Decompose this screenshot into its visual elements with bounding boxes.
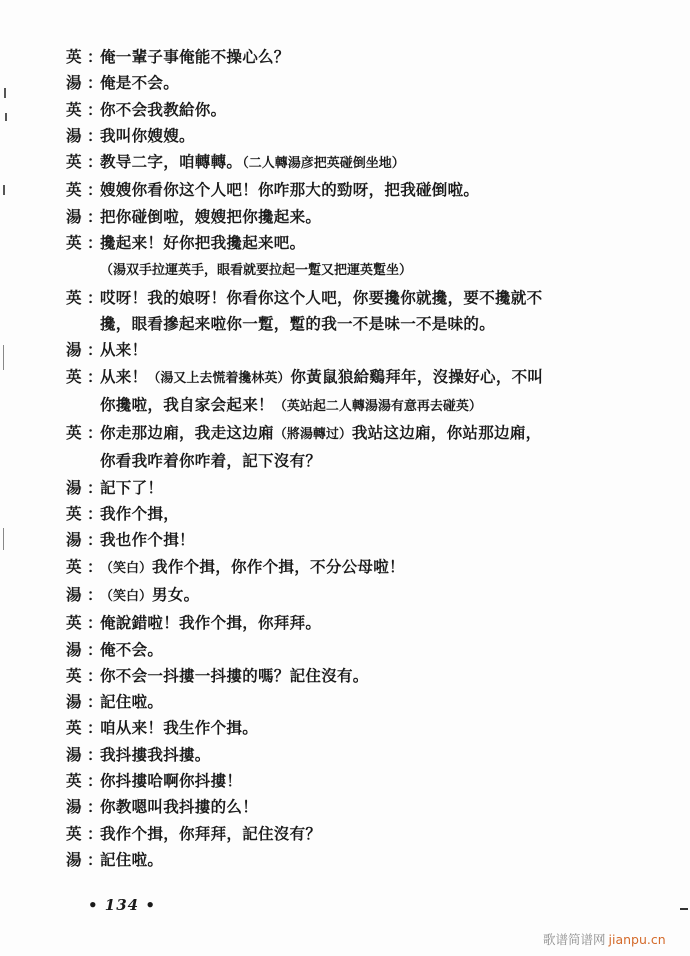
stage-direction: （湯又上去慌着攙林英） <box>147 371 290 386</box>
speaker-colon: ： <box>87 70 100 96</box>
speaker-name: 英 <box>66 364 87 390</box>
speaker-name: 英 <box>66 230 87 256</box>
speaker-name: 英 <box>66 554 87 580</box>
dialogue-line: 英：（笑白）我作个揖，你作个揖，不分公母啦！ <box>66 554 656 582</box>
speaker-colon: ： <box>87 847 100 873</box>
speaker-name: 英 <box>66 285 87 311</box>
edge-mark <box>680 908 688 910</box>
spoken-text: 你不会一抖摟一抖摟的嗎？記住沒有。 <box>100 666 369 685</box>
speaker-name: 英 <box>66 97 87 123</box>
scanned-page: 英：俺一輩子事俺能不操心么？湯：俺是不会。英：你不会我教給你。湯：我叫你嫂嫂。英… <box>0 0 690 956</box>
speaker-name: 英 <box>66 663 87 689</box>
dialogue-text: 俺是不会。 <box>100 70 656 96</box>
dialogue-text: （湯双手拉運英手，眼看就要拉起一蹔又把運英蹔坐） <box>100 256 656 284</box>
speaker-colon: ： <box>87 364 100 390</box>
dialogue-line: 湯：（笑白）男女。 <box>66 582 656 610</box>
dialogue-line: 湯：俺不会。 <box>66 637 656 663</box>
speaker-colon: ： <box>87 794 100 820</box>
speaker-colon: ： <box>87 527 100 553</box>
dialogue-line: 英：你走那边廂，我走这边廂（將湯轉过）我站这边廂，你站那边廂， <box>66 420 656 448</box>
dialogue-continuation: （湯双手拉運英手，眼看就要拉起一蹔又把運英蹔坐） <box>66 256 656 284</box>
watermark: 歌谱简谱网jianpu.cn <box>543 930 666 948</box>
dialogue-text: 哎呀！我的娘呀！你看你这个人吧，你要攙你就攙，要不攙就不 <box>100 285 656 311</box>
dialogue-text: 我抖摟我抖摟。 <box>100 742 656 768</box>
dialogue-continuation: 你攙啦，我自家会起来！（英站起二人轉湯湯有意再去碰英） <box>66 392 656 420</box>
speaker-name: 英 <box>66 768 87 794</box>
speaker-name: 湯 <box>66 337 87 363</box>
spoken-text: 咱从来！我生作个揖。 <box>100 718 258 737</box>
dialogue-text: 咱从来！我生作个揖。 <box>100 715 656 741</box>
spoken-text: 教导二字，咱轉轉。 <box>100 152 242 171</box>
watermark-url: jianpu.cn <box>609 932 666 947</box>
speaker-colon: ： <box>87 337 100 363</box>
dialogue-continuation: 攙，眼看摻起来啦你一蹔，蹔的我一不是味一不是味的。 <box>66 311 656 337</box>
speaker-name: 湯 <box>66 742 87 768</box>
speaker-colon: ： <box>87 582 100 608</box>
speaker-name: 湯 <box>66 689 87 715</box>
spoken-text: 俺一輩子事俺能不操心么？ <box>100 47 290 66</box>
spoken-text: 俺是不会。 <box>100 73 179 92</box>
dialogue-line: 湯：記住啦。 <box>66 689 656 715</box>
watermark-site-name: 歌谱简谱网 <box>543 932 606 947</box>
speaker-colon: ： <box>87 44 100 70</box>
dialogue-text: 你不会我教給你。 <box>100 97 656 123</box>
dialogue-text: 攙，眼看摻起来啦你一蹔，蹔的我一不是味一不是味的。 <box>100 311 656 337</box>
dialogue-text: 攙起来！好你把我攙起来吧。 <box>100 230 656 256</box>
spoken-text: 你教嗯叫我抖摟的么！ <box>100 797 258 816</box>
dialogue-line: 英：咱从来！我生作个揖。 <box>66 715 656 741</box>
speaker-colon: ： <box>87 123 100 149</box>
spoken-text: 你不会我教給你。 <box>100 100 226 119</box>
dialogue-text: 从来！（湯又上去慌着攙林英）你黃鼠狼給鷄拜年，沒操好心，不叫 <box>100 364 656 392</box>
spoken-text: 記住啦。 <box>100 850 163 869</box>
speaker-name: 湯 <box>66 475 87 501</box>
speaker-colon: ： <box>87 689 100 715</box>
speaker-colon: ： <box>87 230 100 256</box>
spoken-text: 我也作个揖！ <box>100 530 195 549</box>
dialogue-text: 你教嗯叫我抖摟的么！ <box>100 794 656 820</box>
spoken-text: 男女。 <box>152 585 199 604</box>
spoken-text: 我作个揖，你作个揖，不分公母啦！ <box>152 557 405 576</box>
spoken-text: 从来！ <box>100 340 147 359</box>
spoken-text: 攙起来！好你把我攙起来吧。 <box>100 233 305 252</box>
speaker-name: 英 <box>66 821 87 847</box>
dialogue-text: 記住啦。 <box>100 847 656 873</box>
spoken-text: 我抖摟我抖摟。 <box>100 745 211 764</box>
speaker-name: 湯 <box>66 794 87 820</box>
script-dialogue: 英：俺一輩子事俺能不操心么？湯：俺是不会。英：你不会我教給你。湯：我叫你嫂嫂。英… <box>66 44 656 873</box>
dialogue-text: 俺一輩子事俺能不操心么？ <box>100 44 656 70</box>
dialogue-text: 把你碰倒啦，嫂嫂把你攙起来。 <box>100 204 656 230</box>
spoken-text: 你看我咋着你咋着，記下沒有？ <box>100 451 321 470</box>
spoken-text: 攙，眼看摻起来啦你一蹔，蹔的我一不是味一不是味的。 <box>100 314 495 333</box>
speaker-colon: ： <box>87 149 100 175</box>
spoken-text: 我作个揖， <box>100 504 179 523</box>
spoken-text: 我站这边廂，你站那边廂， <box>352 423 542 442</box>
dialogue-text: 記住啦。 <box>100 689 656 715</box>
spoken-text: 嫂嫂你看你这个人吧！你咋那大的勁呀，把我碰倒啦。 <box>100 180 479 199</box>
dialogue-line: 英：攙起来！好你把我攙起来吧。 <box>66 230 656 256</box>
dialogue-line: 湯：我也作个揖！ <box>66 527 656 553</box>
dialogue-text: 我作个揖，你拜拜，記住沒有？ <box>100 821 656 847</box>
dialogue-text: 你走那边廂，我走这边廂（將湯轉过）我站这边廂，你站那边廂， <box>100 420 656 448</box>
spoken-text: 記住啦。 <box>100 692 163 711</box>
dialogue-text: 我叫你嫂嫂。 <box>100 123 656 149</box>
dialogue-text: （笑白）我作个揖，你作个揖，不分公母啦！ <box>100 554 656 582</box>
speaker-name: 湯 <box>66 204 87 230</box>
stage-direction: （將湯轉过） <box>274 427 352 442</box>
spoken-text: 我作个揖，你拜拜，記住沒有？ <box>100 824 321 843</box>
margin-mark <box>4 88 6 98</box>
spoken-text: 把你碰倒啦，嫂嫂把你攙起来。 <box>100 207 321 226</box>
page-number: • 134 • <box>88 896 156 914</box>
dialogue-line: 湯：俺是不会。 <box>66 70 656 96</box>
speaker-name: 湯 <box>66 637 87 663</box>
speaker-colon: ： <box>87 97 100 123</box>
stage-direction: （二人轉湯彦把英碰倒坐地） <box>242 156 405 171</box>
dialogue-text: 俺說錯啦！我作个揖，你拜拜。 <box>100 610 656 636</box>
speaker-colon: ： <box>87 475 100 501</box>
speaker-colon: ： <box>87 554 100 580</box>
spoken-text: 从来！ <box>100 367 147 386</box>
dialogue-line: 英：我作个揖， <box>66 501 656 527</box>
dialogue-text: 我也作个揖！ <box>100 527 656 553</box>
dialogue-line: 英：我作个揖，你拜拜，記住沒有？ <box>66 821 656 847</box>
speaker-colon: ： <box>87 663 100 689</box>
speaker-name: 英 <box>66 715 87 741</box>
speaker-name: 英 <box>66 149 87 175</box>
dialogue-line: 英：哎呀！我的娘呀！你看你这个人吧，你要攙你就攙，要不攙就不 <box>66 285 656 311</box>
dialogue-line: 湯：你教嗯叫我抖摟的么！ <box>66 794 656 820</box>
margin-mark <box>3 528 4 550</box>
speaker-name: 湯 <box>66 582 87 608</box>
speaker-colon: ： <box>87 501 100 527</box>
spoken-text: 記下了！ <box>100 478 163 497</box>
speaker-colon: ： <box>87 637 100 663</box>
dialogue-text: 記下了！ <box>100 475 656 501</box>
speaker-name: 英 <box>66 610 87 636</box>
stage-direction: （英站起二人轉湯湯有意再去碰英） <box>274 399 482 414</box>
dialogue-text: 你不会一抖摟一抖摟的嗎？記住沒有。 <box>100 663 656 689</box>
dialogue-line: 英：俺說錯啦！我作个揖，你拜拜。 <box>66 610 656 636</box>
speaker-colon: ： <box>87 177 100 203</box>
speaker-name: 湯 <box>66 123 87 149</box>
dialogue-text: 嫂嫂你看你这个人吧！你咋那大的勁呀，把我碰倒啦。 <box>100 177 656 203</box>
speaker-name: 英 <box>66 177 87 203</box>
speaker-colon: ： <box>87 821 100 847</box>
dialogue-text: 你攙啦，我自家会起来！（英站起二人轉湯湯有意再去碰英） <box>100 392 656 420</box>
spoken-text: 俺不会。 <box>100 640 163 659</box>
spoken-text: 我叫你嫂嫂。 <box>100 126 195 145</box>
speaker-name: 湯 <box>66 527 87 553</box>
dialogue-text: （笑白）男女。 <box>100 582 656 610</box>
spoken-text: 你黃鼠狼給鷄拜年，沒操好心，不叫 <box>290 367 543 386</box>
dialogue-text: 你抖摟哈啊你抖摟！ <box>100 768 656 794</box>
dialogue-text: 俺不会。 <box>100 637 656 663</box>
dialogue-line: 湯：記下了！ <box>66 475 656 501</box>
margin-mark <box>3 345 4 370</box>
spoken-text: 哎呀！我的娘呀！你看你这个人吧，你要攙你就攙，要不攙就不 <box>100 288 542 307</box>
spoken-text: 你攙啦，我自家会起来！ <box>100 395 274 414</box>
spoken-text: 你抖摟哈啊你抖摟！ <box>100 771 242 790</box>
dialogue-line: 英：你抖摟哈啊你抖摟！ <box>66 768 656 794</box>
speaker-colon: ： <box>87 742 100 768</box>
stage-direction: （湯双手拉運英手，眼看就要拉起一蹔又把運英蹔坐） <box>100 263 412 278</box>
dialogue-line: 英：从来！（湯又上去慌着攙林英）你黃鼠狼給鷄拜年，沒操好心，不叫 <box>66 364 656 392</box>
dialogue-continuation: 你看我咋着你咋着，記下沒有？ <box>66 448 656 474</box>
dialogue-line: 英：你不会一抖摟一抖摟的嗎？記住沒有。 <box>66 663 656 689</box>
spoken-text: 俺說錯啦！我作个揖，你拜拜。 <box>100 613 321 632</box>
speaker-colon: ： <box>87 285 100 311</box>
speaker-colon: ： <box>87 610 100 636</box>
dialogue-text: 从来！ <box>100 337 656 363</box>
speaker-name: 湯 <box>66 70 87 96</box>
dialogue-line: 湯：我抖摟我抖摟。 <box>66 742 656 768</box>
dialogue-text: 你看我咋着你咋着，記下沒有？ <box>100 448 656 474</box>
dialogue-line: 英：俺一輩子事俺能不操心么？ <box>66 44 656 70</box>
speaker-colon: ： <box>87 204 100 230</box>
speaker-name: 英 <box>66 501 87 527</box>
dialogue-line: 英：你不会我教給你。 <box>66 97 656 123</box>
dialogue-line: 英：教导二字，咱轉轉。（二人轉湯彦把英碰倒坐地） <box>66 149 656 177</box>
dialogue-line: 英：嫂嫂你看你这个人吧！你咋那大的勁呀，把我碰倒啦。 <box>66 177 656 203</box>
speaker-name: 英 <box>66 420 87 446</box>
dialogue-line: 湯：从来！ <box>66 337 656 363</box>
dialogue-line: 湯：記住啦。 <box>66 847 656 873</box>
dialogue-line: 湯：把你碰倒啦，嫂嫂把你攙起来。 <box>66 204 656 230</box>
stage-direction: （笑白） <box>100 561 152 576</box>
margin-mark <box>3 185 5 195</box>
speaker-colon: ： <box>87 715 100 741</box>
dialogue-line: 湯：我叫你嫂嫂。 <box>66 123 656 149</box>
margin-mark <box>5 113 7 121</box>
dialogue-text: 我作个揖， <box>100 501 656 527</box>
spoken-text: 你走那边廂，我走这边廂 <box>100 423 274 442</box>
speaker-colon: ： <box>87 420 100 446</box>
speaker-colon: ： <box>87 768 100 794</box>
stage-direction: （笑白） <box>100 589 152 604</box>
speaker-name: 英 <box>66 44 87 70</box>
dialogue-text: 教导二字，咱轉轉。（二人轉湯彦把英碰倒坐地） <box>100 149 656 177</box>
speaker-name: 湯 <box>66 847 87 873</box>
